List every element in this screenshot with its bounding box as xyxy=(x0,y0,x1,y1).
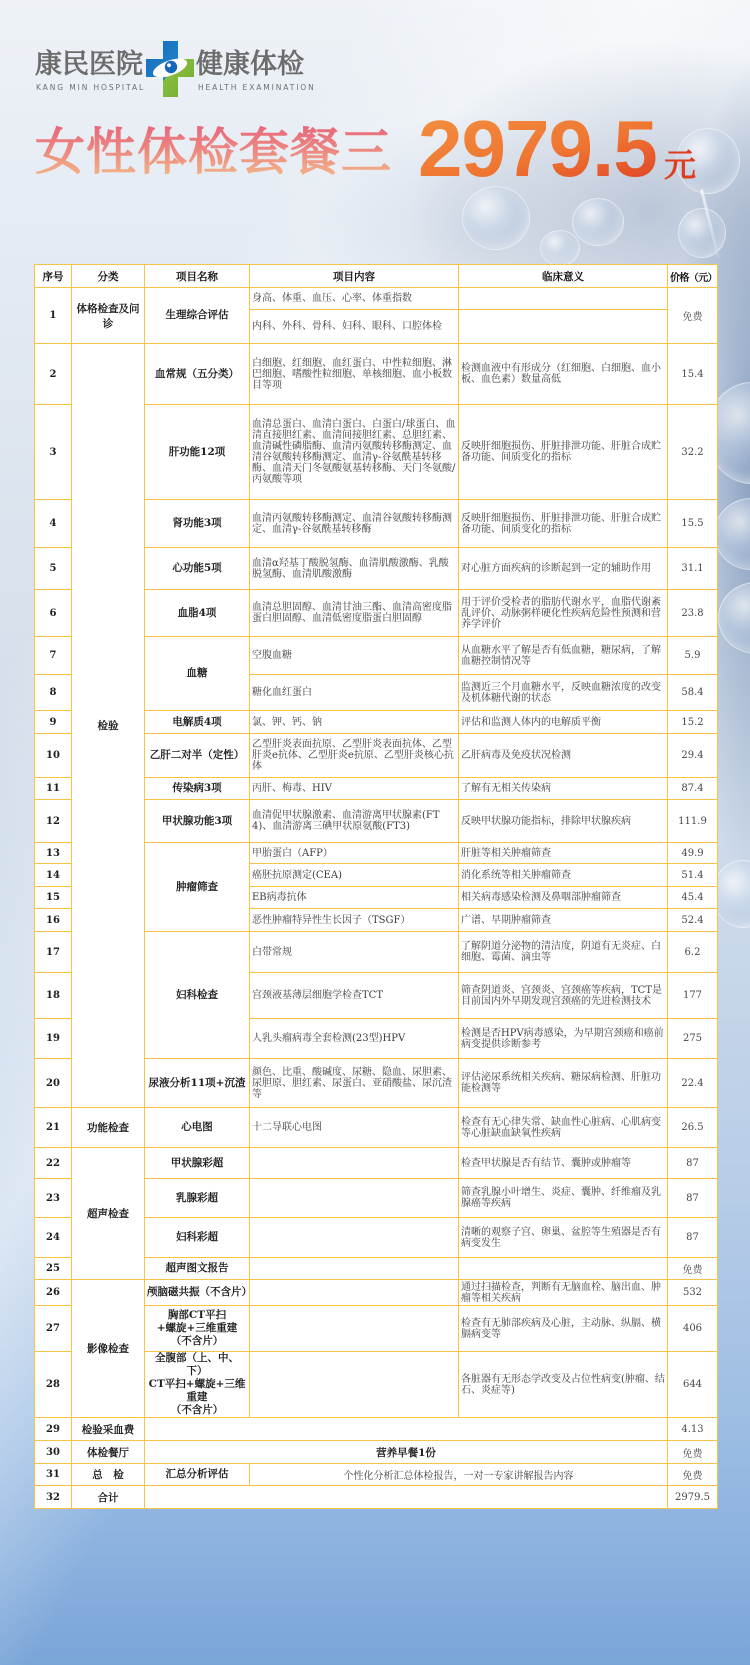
row-merged-detail xyxy=(145,1486,668,1509)
row-no: 21 xyxy=(35,1108,72,1148)
row-content: 乙型肝炎表面抗原、乙型肝炎表面抗体、乙型肝炎e抗体、乙型肝炎e抗原、乙型肝炎核心… xyxy=(250,734,459,778)
row-meaning xyxy=(459,288,668,310)
row-price: 111.9 xyxy=(668,800,718,843)
row-price: 22.4 xyxy=(668,1059,718,1108)
row-content: 血清促甲状腺激素、血清游离甲状腺素(FT4)、血清游离三碘甲状原氨酸(FT3) xyxy=(250,800,459,843)
row-category: 功能检查 xyxy=(72,1108,145,1148)
table-row: 22 超声检查 甲状腺彩超 检查甲状腺是否有结节、囊肿或肿瘤等 87 xyxy=(35,1148,718,1179)
row-price: 15.4 xyxy=(668,344,718,405)
row-meaning: 检查甲状腺是否有结节、囊肿或肿瘤等 xyxy=(459,1148,668,1179)
row-meaning: 了解有无相关传染病 xyxy=(459,778,668,800)
row-content: EB病毒抗体 xyxy=(250,887,459,909)
row-item-name: 血糖 xyxy=(145,637,250,711)
row-content: 血清丙氨酸转移酶测定、血清谷氨酸转移酶测定、血清γ-谷氨酰基转移酶 xyxy=(250,500,459,548)
row-no: 29 xyxy=(35,1418,72,1441)
price-currency: 元 xyxy=(664,148,696,182)
row-meaning: 各脏器有无形态学改变及占位性病变(肿瘤、结石、炎症等) xyxy=(459,1352,668,1418)
row-meaning: 用于评价受检者的脂肪代谢水平，血脂代谢紊乱评价、动脉粥样硬化性疾病危险性预测和营… xyxy=(459,590,668,637)
package-price: 2979.5 xyxy=(418,109,657,189)
row-item-name: 胸部CT平扫 +螺旋+三维重建 （不含片） xyxy=(145,1306,250,1352)
table-row: 30 体检餐厅 营养早餐1份 免费 xyxy=(35,1441,718,1464)
hospital-name-en: KANG MIN HOSPITAL xyxy=(36,83,145,93)
row-item-name: 心电图 xyxy=(145,1108,250,1148)
total-label: 合计 xyxy=(72,1486,145,1509)
row-meaning: 筛查阴道炎、宫颈炎、宫颈癌等疾病，TCT是目前国内外早期发现宫颈癌的先进检测技术 xyxy=(459,973,668,1019)
row-meaning: 反映甲状腺功能指标，排除甲状腺疾病 xyxy=(459,800,668,843)
row-content xyxy=(250,1352,459,1418)
row-no: 26 xyxy=(35,1280,72,1306)
row-content: 癌胚抗原测定(CEA) xyxy=(250,864,459,887)
row-no: 23 xyxy=(35,1179,72,1218)
bubble-decoration xyxy=(572,198,624,246)
row-item-name: 尿液分析11项+沉渣 xyxy=(145,1059,250,1108)
row-no: 28 xyxy=(35,1352,72,1418)
row-price: 51.4 xyxy=(668,864,718,887)
row-item-name: 妇科检查 xyxy=(145,932,250,1059)
row-price: 31.1 xyxy=(668,548,718,590)
row-price: 15.5 xyxy=(668,500,718,548)
row-content: 十二导联心电图 xyxy=(250,1108,459,1148)
hospital-name: 康民医院 xyxy=(35,49,143,81)
row-no: 16 xyxy=(35,909,72,932)
row-price: 免费 xyxy=(668,1441,718,1464)
row-meaning: 评估和监测人体内的电解质平衡 xyxy=(459,711,668,734)
row-price: 免费 xyxy=(668,1464,718,1486)
row-price: 177 xyxy=(668,973,718,1019)
row-item-name: 汇总分析评估 xyxy=(145,1464,250,1486)
row-no: 14 xyxy=(35,864,72,887)
table-header-row: 序号 分类 项目名称 项目内容 临床意义 价格（元） xyxy=(35,265,718,288)
row-price: 49.9 xyxy=(668,843,718,864)
row-no: 6 xyxy=(35,590,72,637)
medical-cross-eye-icon xyxy=(146,41,194,97)
row-price: 87 xyxy=(668,1148,718,1179)
row-content xyxy=(250,1306,459,1352)
row-item-name: 肿瘤筛查 xyxy=(145,843,250,932)
row-content: 空腹血糖 xyxy=(250,637,459,675)
row-meaning xyxy=(459,1258,668,1280)
row-meaning xyxy=(459,310,668,344)
header-content: 项目内容 xyxy=(250,265,459,288)
row-price: 免费 xyxy=(668,1258,718,1280)
table-row: 26 影像检查 颅脑磁共振（不含片） 通过扫描检查，判断有无脑血栓、脑出血、肿瘤… xyxy=(35,1280,718,1306)
row-content: 白带常规 xyxy=(250,932,459,973)
row-item-name: 电解质4项 xyxy=(145,711,250,734)
row-content: 身高、体重、血压、心率、体重指数 xyxy=(250,288,459,310)
row-item-name: 全腹部（上、中、下） CT平扫+螺旋+三维重建 （不含片） xyxy=(145,1352,250,1418)
header-category: 分类 xyxy=(72,265,145,288)
row-meaning: 清晰的观察子宫、卵巢、盆腔等生殖器是否有病变发生 xyxy=(459,1218,668,1258)
row-merged-detail: 个性化分析汇总体检报告，一对一专家讲解报告内容 xyxy=(250,1464,668,1486)
row-meaning: 监测近三个月血糖水平，反映血糖浓度的改变及机体糖代谢的状态 xyxy=(459,675,668,711)
row-no: 12 xyxy=(35,800,72,843)
row-item-name: 甲状腺彩超 xyxy=(145,1148,250,1179)
row-price: 4.13 xyxy=(668,1418,718,1441)
row-item-name: 肾功能3项 xyxy=(145,500,250,548)
table-row: 2 检验 血常规（五分类） 白细胞、红细胞、血红蛋白、中性粒细胞、淋巴细胞、嗜酸… xyxy=(35,344,718,405)
row-content xyxy=(250,1258,459,1280)
row-no: 8 xyxy=(35,675,72,711)
row-item-name: 肝功能12项 xyxy=(145,405,250,500)
row-no: 5 xyxy=(35,548,72,590)
row-category: 体格检查及问诊 xyxy=(72,288,145,344)
row-content: 丙肝、梅毒、HIV xyxy=(250,778,459,800)
row-no: 19 xyxy=(35,1019,72,1059)
row-no: 31 xyxy=(35,1464,72,1486)
row-item-name: 生理综合评估 xyxy=(145,288,250,344)
department-name: 健康体检 xyxy=(196,49,304,81)
row-price: 52.4 xyxy=(668,909,718,932)
row-content: 白细胞、红细胞、血红蛋白、中性粒细胞、淋巴细胞、嗜酸性粒细胞、单核细胞、血小板数… xyxy=(250,344,459,405)
row-no: 11 xyxy=(35,778,72,800)
row-no: 18 xyxy=(35,973,72,1019)
row-no: 15 xyxy=(35,887,72,909)
row-meaning: 筛查乳腺小叶增生、炎症、囊肿、纤维瘤及乳腺癌等疾病 xyxy=(459,1179,668,1218)
row-meaning: 了解阴道分泌物的清洁度，阴道有无炎症、白细胞、霉菌、滴虫等 xyxy=(459,932,668,973)
row-meaning: 检查有无肺部疾病及心脏，主动脉、纵膈、横膈病变等 xyxy=(459,1306,668,1352)
row-price: 45.4 xyxy=(668,887,718,909)
row-category: 检验 xyxy=(72,344,145,1108)
row-price: 644 xyxy=(668,1352,718,1418)
row-item-name: 颅脑磁共振（不含片） xyxy=(145,1280,250,1306)
row-meaning: 消化系统等相关肿瘤筛查 xyxy=(459,864,668,887)
row-no: 27 xyxy=(35,1306,72,1352)
row-content: 血清总蛋白、血清白蛋白、白蛋白/球蛋白、血清直接胆红素、血清间接胆红素、总胆红素… xyxy=(250,405,459,500)
row-item-name: 甲状腺功能3项 xyxy=(145,800,250,843)
row-no: 10 xyxy=(35,734,72,778)
table-total-row: 32 合计 2979.5 xyxy=(35,1486,718,1509)
row-meaning: 通过扫描检查，判断有无脑血栓、脑出血、肿瘤等相关疾病 xyxy=(459,1280,668,1306)
row-no: 4 xyxy=(35,500,72,548)
row-price: 6.2 xyxy=(668,932,718,973)
row-no: 17 xyxy=(35,932,72,973)
bubble-decoration xyxy=(540,230,580,266)
row-item-name: 血脂4项 xyxy=(145,590,250,637)
row-category: 超声检查 xyxy=(72,1148,145,1280)
row-meaning: 对心脏方面疾病的诊断起到一定的辅助作用 xyxy=(459,548,668,590)
row-no: 32 xyxy=(35,1486,72,1509)
row-meaning: 相关病毒感染检测及鼻咽部肿瘤筛查 xyxy=(459,887,668,909)
row-content: 糖化血红蛋白 xyxy=(250,675,459,711)
row-no: 3 xyxy=(35,405,72,500)
row-price: 58.4 xyxy=(668,675,718,711)
row-item-name: 乙肝二对半（定性） xyxy=(145,734,250,778)
row-meaning: 乙肝病毒及免疫状况检测 xyxy=(459,734,668,778)
row-price: 26.5 xyxy=(668,1108,718,1148)
row-category: 影像检查 xyxy=(72,1280,145,1418)
table-row: 1 体格检查及问诊 生理综合评估 身高、体重、血压、心率、体重指数 免费 xyxy=(35,288,718,310)
row-no: 25 xyxy=(35,1258,72,1280)
row-content: 颜色、比重、酸碱度、尿糖、隐血、尿胆素、尿胆原、胆红素、尿蛋白、亚硝酸盐、尿沉渣… xyxy=(250,1059,459,1108)
row-merged-detail xyxy=(145,1418,668,1441)
row-meaning: 从血糖水平了解是否有低血糖，糖尿病，了解血糖控制情况等 xyxy=(459,637,668,675)
header-seq: 序号 xyxy=(35,265,72,288)
table-row: 21 功能检查 心电图 十二导联心电图 检查有无心律失常、缺血性心脏病、心肌病变… xyxy=(35,1108,718,1148)
row-no: 13 xyxy=(35,843,72,864)
row-no: 24 xyxy=(35,1218,72,1258)
row-content: 人乳头瘤病毒全套检测(23型)HPV xyxy=(250,1019,459,1059)
row-content xyxy=(250,1148,459,1179)
row-item-name: 妇科彩超 xyxy=(145,1218,250,1258)
row-price: 23.8 xyxy=(668,590,718,637)
row-price: 32.2 xyxy=(668,405,718,500)
row-no: 1 xyxy=(35,288,72,344)
row-category: 总 检 xyxy=(72,1464,145,1486)
row-meaning: 检测血液中有形成分（红细胞、白细胞、血小板、血色素）数量高低 xyxy=(459,344,668,405)
row-no: 2 xyxy=(35,344,72,405)
bubble-decoration xyxy=(718,582,750,654)
row-content: 内科、外科、骨科、妇科、眼科、口腔体检 xyxy=(250,310,459,344)
row-price: 87 xyxy=(668,1218,718,1258)
row-meaning: 肝脏等相关肿瘤筛查 xyxy=(459,843,668,864)
row-meaning: 评估泌尿系统相关疾病、糖尿病检测、肝脏功能检测等 xyxy=(459,1059,668,1108)
package-title: 女性体检套餐三 xyxy=(35,122,392,182)
row-price: 406 xyxy=(668,1306,718,1352)
row-content: 血清α羟基丁酸脱氢酶、血清肌酸激酶、乳酸脱氢酶、血清肌酸激酶 xyxy=(250,548,459,590)
row-price: 87.4 xyxy=(668,778,718,800)
table-row: 29 检验采血费 4.13 xyxy=(35,1418,718,1441)
header-price: 价格（元） xyxy=(668,265,718,288)
row-item-name: 乳腺彩超 xyxy=(145,1179,250,1218)
row-content: 血清总胆固醇、血清甘油三酯、血清高密度脂蛋白胆固醇、血清低密度脂蛋白胆固醇 xyxy=(250,590,459,637)
row-meaning: 检查有无心律失常、缺血性心脏病、心肌病变等心脏缺血缺氧性疾病 xyxy=(459,1108,668,1148)
row-no: 30 xyxy=(35,1441,72,1464)
row-price: 532 xyxy=(668,1280,718,1306)
header-item-name: 项目名称 xyxy=(145,265,250,288)
row-content: 恶性肿瘤特异性生长因子（TSGF） xyxy=(250,909,459,932)
bubble-decoration xyxy=(714,498,750,570)
package-items-table: 序号 分类 项目名称 项目内容 临床意义 价格（元） 1 体格检查及问诊 生理综… xyxy=(34,264,718,1509)
row-item-name: 血常规（五分类） xyxy=(145,344,250,405)
row-item-name: 心功能5项 xyxy=(145,548,250,590)
row-no: 20 xyxy=(35,1059,72,1108)
row-content: 氯、钾、钙、钠 xyxy=(250,711,459,734)
row-price: 87 xyxy=(668,1179,718,1218)
row-content: 甲胎蛋白（AFP） xyxy=(250,843,459,864)
table-row: 31 总 检 汇总分析评估 个性化分析汇总体检报告，一对一专家讲解报告内容 免费 xyxy=(35,1464,718,1486)
row-meaning: 反映肝细胞损伤、肝脏排泄功能、肝脏合成贮备功能、间质变化的指标 xyxy=(459,405,668,500)
row-item-name: 超声图文报告 xyxy=(145,1258,250,1280)
row-meaning: 检测是否HPV病毒感染，为早期宫颈癌和癌前病变提供诊断参考 xyxy=(459,1019,668,1059)
row-content xyxy=(250,1179,459,1218)
row-category: 体检餐厅 xyxy=(72,1441,145,1464)
row-price: 29.4 xyxy=(668,734,718,778)
row-item-name: 传染病3项 xyxy=(145,778,250,800)
row-content xyxy=(250,1280,459,1306)
row-price: 15.2 xyxy=(668,711,718,734)
row-no: 22 xyxy=(35,1148,72,1179)
row-no: 7 xyxy=(35,637,72,675)
row-price: 275 xyxy=(668,1019,718,1059)
row-price: 免费 xyxy=(668,288,718,344)
bubble-decoration xyxy=(678,208,726,258)
row-no: 9 xyxy=(35,711,72,734)
row-meaning: 广谱、早期肿瘤筛查 xyxy=(459,909,668,932)
department-name-en: HEALTH EXAMINATION xyxy=(198,83,316,93)
total-price: 2979.5 xyxy=(668,1486,718,1509)
row-content: 宫颈液基薄层细胞学检查TCT xyxy=(250,973,459,1019)
row-category: 检验采血费 xyxy=(72,1418,145,1441)
row-price: 5.9 xyxy=(668,637,718,675)
row-merged-detail: 营养早餐1份 xyxy=(145,1441,668,1464)
row-content xyxy=(250,1218,459,1258)
header-meaning: 临床意义 xyxy=(459,265,668,288)
bubble-decoration xyxy=(462,186,530,250)
row-meaning: 反映肝细胞损伤、肝脏排泄功能、肝脏合成贮备功能、间质变化的指标 xyxy=(459,500,668,548)
